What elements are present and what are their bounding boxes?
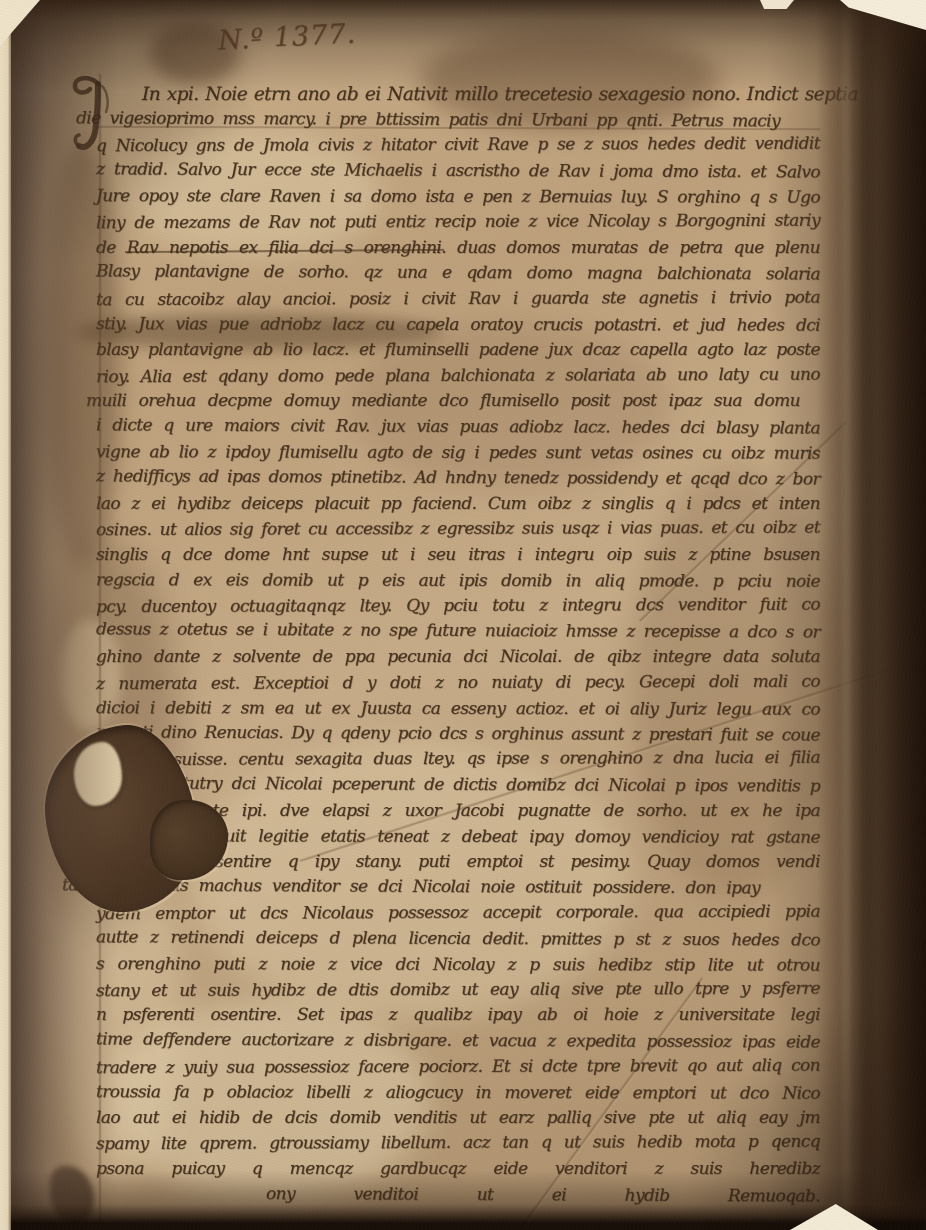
torn-paper-notch bbox=[760, 0, 794, 9]
manuscript-line: ter z tutry dci Nicolai pceperunt de dic… bbox=[96, 773, 820, 802]
manuscript-line: ony venditoi ut ei hydib Remuoqab. bbox=[96, 1183, 820, 1212]
manuscript-line: lao aut ei hidib de dcis domib venditis … bbox=[96, 1108, 820, 1134]
manuscript-line: Jure opoy ste clare Raven i sa domo ista… bbox=[96, 187, 820, 214]
manuscript-line: stiy. Jux vias pue adriobz lacz cu capel… bbox=[96, 315, 820, 342]
manuscript-line: time deffendere auctorizare z disbrigare… bbox=[96, 1029, 820, 1058]
manuscript-line: tradere z yuiy sua possessioz facere poc… bbox=[96, 1055, 820, 1083]
manuscript-line: ydem emptor ut dcs Nicolaus possessoz ac… bbox=[96, 902, 820, 930]
archival-number: N.º 1377. bbox=[217, 18, 356, 56]
manuscript-line: petenti dino Renucias. Dy q qdeny pcio d… bbox=[96, 722, 820, 751]
manuscript-line: n psferenti osentire. Set ipas z qualibz… bbox=[96, 1005, 820, 1031]
manuscript-line: de Rav nepotis ex filia dci s orenghini.… bbox=[96, 238, 820, 264]
illuminated-initial-icon bbox=[68, 74, 118, 158]
manuscript-line: autte z retinendi deiceps d plena licenc… bbox=[96, 927, 820, 956]
manuscript-line: muili orehua decpme domuy mediante dco f… bbox=[86, 391, 810, 417]
torn-paper-wedge bbox=[840, 0, 926, 30]
manuscript-line: regscia d ex eis domib ut p eis aut ipis… bbox=[96, 571, 820, 598]
manuscript-line: liny de mezams de Rav not puti entiz rec… bbox=[96, 211, 820, 239]
manuscript-line: In xpi. Noie etrn ano ab ei Nativit mill… bbox=[96, 84, 820, 110]
manuscript-line: s orenghino puti z noie z vice dci Nicol… bbox=[96, 954, 820, 981]
photo-mount-corner bbox=[0, 0, 40, 46]
manuscript-line: pcy. ducentoy octuagitaqnqz ltey. Qy pci… bbox=[96, 595, 820, 623]
manuscript-line: lao z ei hydibz deiceps placuit pp facie… bbox=[96, 494, 820, 520]
manuscript-line: Blasy plantavigne de sorho. qz una e qda… bbox=[96, 262, 820, 291]
manuscript-line: z tradid. Salvo Jur ecce ste Michaelis i… bbox=[96, 159, 820, 188]
manuscript-line: singlis q dce dome hnt supse ut i seu it… bbox=[96, 545, 820, 571]
manuscript-line: tussiz posuisse. centu sexagita duas lte… bbox=[96, 748, 820, 776]
manuscript-line: stany et ut suis hydibz de dtis domibz u… bbox=[96, 979, 820, 1007]
manuscript-line: blasy plantavigne ab lio lacz. et flumin… bbox=[96, 340, 820, 366]
manuscript-line: spamy lite qprem. gtroussiamy libellum. … bbox=[96, 1132, 820, 1160]
binding-spine-edge bbox=[816, 0, 926, 1230]
manuscript-line: dessus z otetus se i ubitate z no spe fu… bbox=[96, 620, 820, 649]
photo-mount-edge bbox=[0, 0, 11, 1230]
torn-parchment-flap bbox=[74, 742, 122, 806]
manuscript-line: osines. ut alios sig foret cu accessibz … bbox=[96, 518, 820, 546]
manuscript-line: ghino dante z solvente de ppa pecunia dc… bbox=[96, 647, 820, 673]
manuscript-text-block: In xpi. Noie etrn ano ab ei Nativit mill… bbox=[96, 84, 820, 1210]
manuscript-line: dicioi i debiti z sm ea ut ex Juusta ca … bbox=[96, 698, 820, 725]
manuscript-line: z hedifficys ad ipas domos ptinetibz. Ad… bbox=[96, 466, 820, 495]
manuscript-line: ta cu stacoibz alay ancioi. posiz i civi… bbox=[96, 287, 820, 315]
manuscript-line: die vigesioprimo mss marcy. i pre bttiss… bbox=[76, 108, 800, 137]
manuscript-line: rioy. Alia est qdany domo pede plana bal… bbox=[96, 364, 820, 392]
manuscript-line: q Nicolucy gns de Jmola civis z hitator … bbox=[96, 134, 820, 162]
manuscript-line: troussia fa p oblacioz libelli z aliogcu… bbox=[96, 1082, 820, 1109]
dark-blotch bbox=[50, 1166, 94, 1224]
manuscript-line: psona puicay q mencqz gardbucqz eide ven… bbox=[96, 1159, 820, 1185]
manuscript-photo: N.º 1377. In xpi. Noie etrn ano ab ei Na… bbox=[0, 0, 926, 1230]
manuscript-line: vigne ab lio z ipdoy flumisellu agto de … bbox=[96, 443, 820, 470]
manuscript-line: i dicte q ure maiors civit Rav. jux vias… bbox=[96, 415, 820, 444]
manuscript-line: z numerata est. Exceptioi d y doti z no … bbox=[96, 671, 820, 699]
